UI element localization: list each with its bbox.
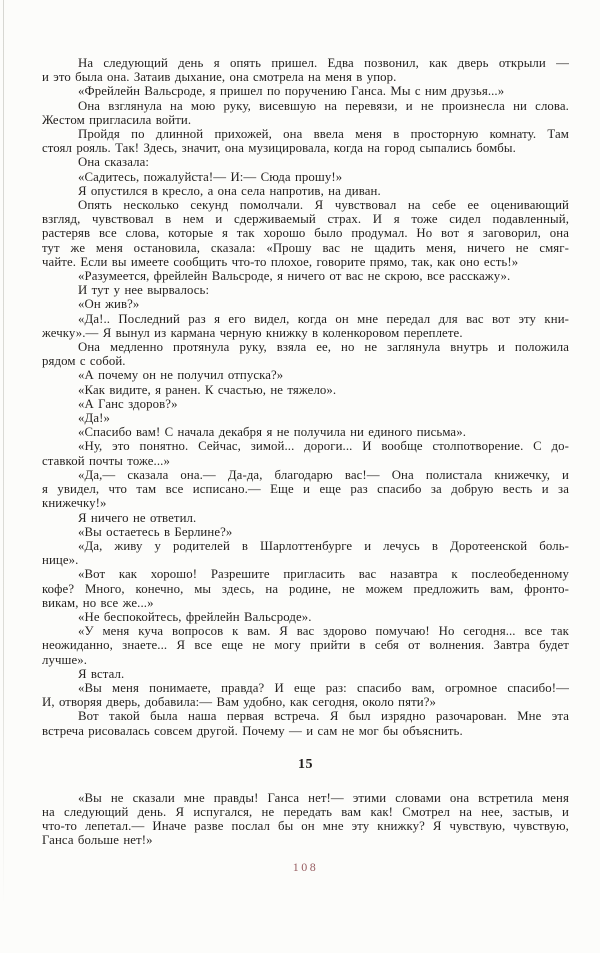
text-line: я увидел, что там все исписано.— Еще и е…: [42, 482, 569, 496]
text-line: Я ничего не ответил.: [42, 511, 569, 525]
text-line: Ганса больше нет!»: [42, 833, 569, 847]
page-number: 108: [42, 860, 569, 875]
paragraph: «Не беспокойтесь, фрейлейн Вальсроде».: [42, 610, 569, 624]
paragraph: Я опустился в кресло, а она села напроти…: [42, 184, 569, 198]
text-line: «Вы меня понимаете, правда? И еще раз: с…: [42, 681, 569, 695]
page-edge-line: [3, 0, 4, 953]
text-line: кофе? Много, конечно, мы здесь, на родин…: [42, 582, 569, 596]
text-line: Вот такой была наша первая встреча. Я бы…: [42, 709, 569, 723]
paragraph: «Ну, это понятно. Сейчас, зимой... дорог…: [42, 439, 569, 467]
book-page-text-column: На следующий день я опять пришел. Едва п…: [42, 56, 569, 875]
text-line: «Да!»: [42, 411, 569, 425]
text-line: Жестом пригласила войти.: [42, 113, 569, 127]
text-line: ставкой почты тоже...»: [42, 454, 569, 468]
paragraph: Она взглянула на мою руку, висевшую на п…: [42, 99, 569, 127]
text-line: Пройдя по длинной прихожей, она ввела ме…: [42, 127, 569, 141]
text-line: «Он жив?»: [42, 297, 569, 311]
text-line: «Разумеется, фрейлейн Вальсроде, я ничег…: [42, 269, 569, 283]
paragraph: «Как видите, я ранен. К счастью, не тяже…: [42, 383, 569, 397]
paragraph: Она медленно протянула руку, взяла ее, н…: [42, 340, 569, 368]
text-line: «Да!.. Последний раз я его видел, когда …: [42, 312, 569, 326]
text-line: На следующий день я опять пришел. Едва п…: [42, 56, 569, 70]
paragraph: «У меня куча вопросов к вам. Я вас здоро…: [42, 624, 569, 667]
paragraph: Пройдя по длинной прихожей, она ввела ме…: [42, 127, 569, 155]
text-line: «Фрейлейн Вальсроде, я пришел по поручен…: [42, 84, 569, 98]
text-line: неожиданно, знаете... Я все еще не могу …: [42, 638, 569, 652]
text-line: «Да, живу у родителей в Шарлоттенбурге и…: [42, 539, 569, 553]
text-line: «А Ганс здоров?»: [42, 397, 569, 411]
text-line: взгляд, чувствовал в нем и сдерживаемый …: [42, 212, 569, 226]
paragraph: «Да,— сказала она.— Да-да, благодарю вас…: [42, 468, 569, 511]
text-line: тут же меня остановила, сказала: «Прошу …: [42, 241, 569, 255]
text-line: И, отворяя дверь, добавила:— Вам удобно,…: [42, 695, 569, 709]
text-line: «Не беспокойтесь, фрейлейн Вальсроде».: [42, 610, 569, 624]
paragraph: «Вы остаетесь в Берлине?»: [42, 525, 569, 539]
text-line: «Садитесь, пожалуйста!— И:— Сюда прошу!»: [42, 170, 569, 184]
text-line: Опять несколько секунд помолчали. Я чувс…: [42, 198, 569, 212]
text-line: «Как видите, я ранен. К счастью, не тяже…: [42, 383, 569, 397]
text-line: стоял рояль. Так! Здесь, значит, она муз…: [42, 141, 569, 155]
text-line: «Ну, это понятно. Сейчас, зимой... дорог…: [42, 439, 569, 453]
paragraph: «А почему он не получил отпуска?»: [42, 368, 569, 382]
paragraph: «Вы меня понимаете, правда? И еще раз: с…: [42, 681, 569, 709]
text-line: и это была она. Затаив дыхание, она смот…: [42, 70, 569, 84]
paragraph: Я ничего не ответил.: [42, 511, 569, 525]
text-line: чайте. Если вы имеете сообщить что-то пл…: [42, 255, 569, 269]
text-line: «А почему он не получил отпуска?»: [42, 368, 569, 382]
paragraph: Она сказала:: [42, 155, 569, 169]
text-line: «Вы остаетесь в Берлине?»: [42, 525, 569, 539]
text-line: на следующий день. Я испугался, не перед…: [42, 805, 569, 819]
paragraph: И тут у нее вырвалось:: [42, 283, 569, 297]
text-line: Она сказала:: [42, 155, 569, 169]
text-line: нице».: [42, 553, 569, 567]
paragraph: «Да, живу у родителей в Шарлоттенбурге и…: [42, 539, 569, 567]
paragraph: «Да!.. Последний раз я его видел, когда …: [42, 312, 569, 340]
paragraph: «Спасибо вам! С начала декабря я не полу…: [42, 425, 569, 439]
text-line: викам, но все же...»: [42, 596, 569, 610]
text-line: Я опустился в кресло, а она села напроти…: [42, 184, 569, 198]
text-line: что-то лепетал.— Иначе разве послал бы о…: [42, 819, 569, 833]
body-text-part2: «Вы не сказали мне правды! Ганса нет!— э…: [42, 791, 569, 848]
text-line: книжечку!»: [42, 496, 569, 510]
paragraph: «Вот как хорошо! Разрешите пригласить ва…: [42, 567, 569, 610]
paragraph: На следующий день я опять пришел. Едва п…: [42, 56, 569, 84]
text-line: лучше».: [42, 653, 569, 667]
text-line: жечку».— Я вынул из кармана черную книжк…: [42, 326, 569, 340]
text-line: «Да,— сказала она.— Да-да, благодарю вас…: [42, 468, 569, 482]
chapter-heading: 15: [42, 758, 569, 772]
text-line: растеряв все слова, которые я так хорошо…: [42, 226, 569, 240]
paragraph: «Садитесь, пожалуйста!— И:— Сюда прошу!»: [42, 170, 569, 184]
text-line: Она медленно протянула руку, взяла ее, н…: [42, 340, 569, 354]
body-text-part1: На следующий день я опять пришел. Едва п…: [42, 56, 569, 738]
paragraph: «Разумеется, фрейлейн Вальсроде, я ничег…: [42, 269, 569, 283]
text-line: встреча рисовалась совсем другой. Почему…: [42, 724, 569, 738]
text-line: «Вот как хорошо! Разрешите пригласить ва…: [42, 567, 569, 581]
text-line: «У меня куча вопросов к вам. Я вас здоро…: [42, 624, 569, 638]
text-line: рядом с собой.: [42, 354, 569, 368]
text-line: Она взглянула на мою руку, висевшую на п…: [42, 99, 569, 113]
paragraph: «Он жив?»: [42, 297, 569, 311]
text-line: И тут у нее вырвалось:: [42, 283, 569, 297]
paragraph: Я встал.: [42, 667, 569, 681]
paragraph: Опять несколько секунд помолчали. Я чувс…: [42, 198, 569, 269]
paragraph: «Фрейлейн Вальсроде, я пришел по поручен…: [42, 84, 569, 98]
paragraph: Вот такой была наша первая встреча. Я бы…: [42, 709, 569, 737]
paragraph: «А Ганс здоров?»: [42, 397, 569, 411]
text-line: Я встал.: [42, 667, 569, 681]
paragraph: «Вы не сказали мне правды! Ганса нет!— э…: [42, 791, 569, 848]
text-line: «Спасибо вам! С начала декабря я не полу…: [42, 425, 569, 439]
paragraph: «Да!»: [42, 411, 569, 425]
text-line: «Вы не сказали мне правды! Ганса нет!— э…: [42, 791, 569, 805]
